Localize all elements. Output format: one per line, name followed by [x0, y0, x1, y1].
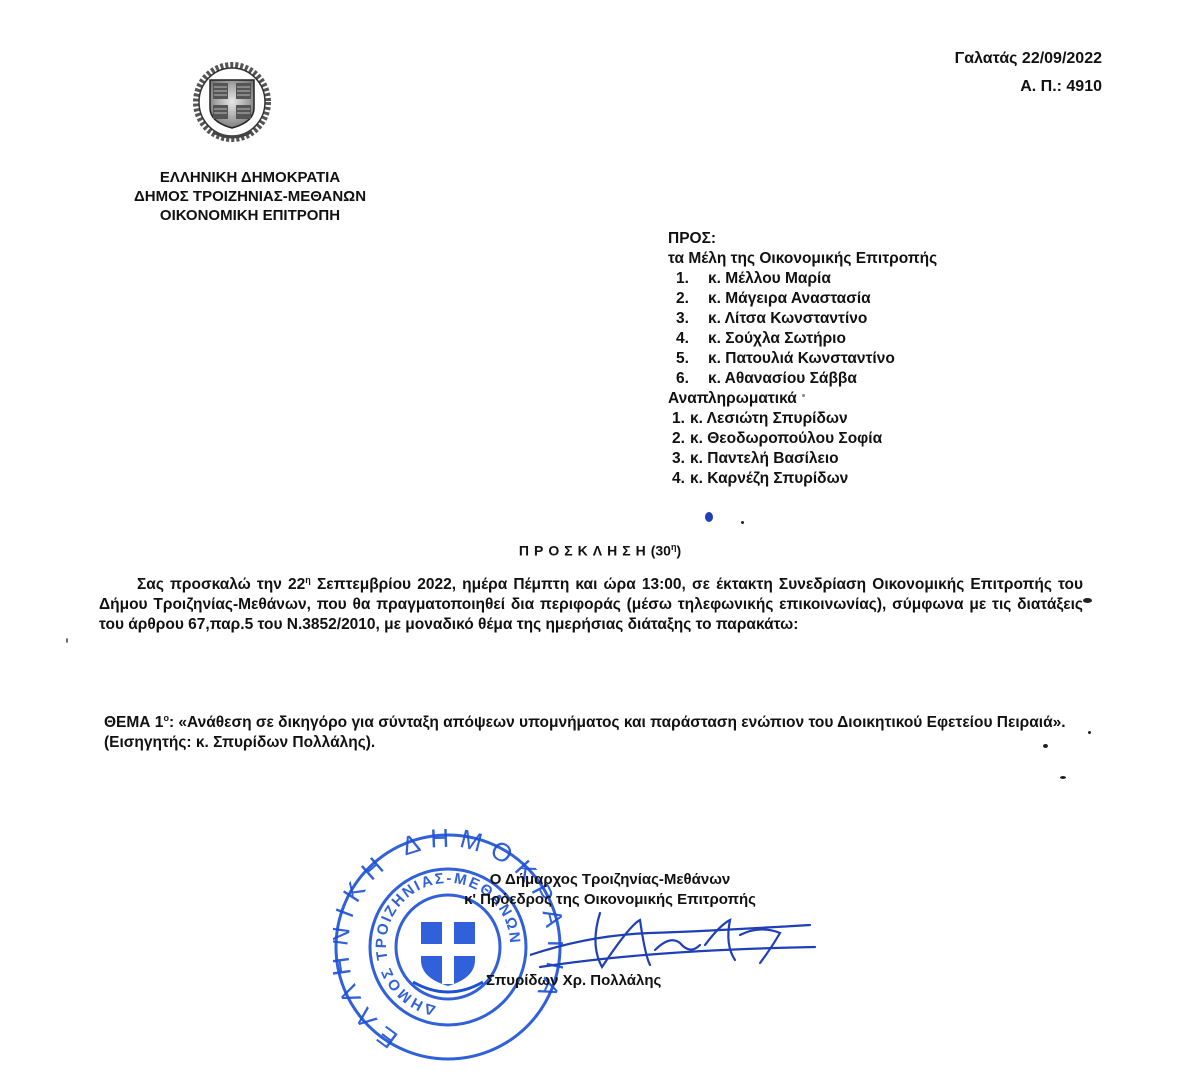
scan-speck — [705, 512, 713, 522]
organization-header: ΕΛΛΗΝΙΚΗ ΔΗΜΟΚΡΑΤΙΑ ΔΗΜΟΣ ΤΡΟΙΖΗΝΙΑΣ-ΜΕΘ… — [100, 168, 400, 225]
hellenic-republic-emblem-icon — [193, 62, 271, 142]
scan-speck — [802, 394, 805, 397]
official-stamp-icon: ΕΛΛΗΝΙΚΗ ΔΗΜΟΚΡΑΤΙΑ ΔΗΜΟΣ ΤΡΟΙΖΗΝΙΑΣ-ΜΕΘ… — [333, 822, 563, 1062]
signatory-role-committee: κ' Πρόεδρος της Οικονομικής Επιτροπής — [420, 890, 800, 910]
scan-speck — [1043, 744, 1048, 748]
signatory-name: Σπυρίδων Χρ. Πολλάλης — [486, 972, 661, 989]
signature-block: Ο Δήμαρχος Τροιζηνίας-Μεθάνων κ' Πρόεδρο… — [420, 870, 800, 910]
member-item: 6.κ. Αθανασίου Σάββα — [668, 369, 937, 389]
alternate-item: 1.κ. Λεσιώτη Σπυρίδων — [668, 409, 937, 429]
title-text: ΠΡΟΣΚΛΗΣΗ — [519, 543, 651, 559]
scan-speck — [1060, 776, 1066, 779]
member-item: 3.κ. Λίτσα Κωνσταντίνο — [668, 309, 937, 329]
org-line-country: ΕΛΛΗΝΙΚΗ ΔΗΜΟΚΡΑΤΙΑ — [100, 168, 400, 187]
place-date: Γαλατάς 22/09/2022 — [955, 45, 1102, 73]
invitation-body: Σας προσκαλώ την 22η Σεπτεμβρίου 2022, η… — [99, 570, 1083, 635]
scan-speck — [66, 638, 68, 643]
to-label: ΠΡΟΣ: — [668, 229, 937, 249]
protocol-number: Α. Π.: 4910 — [955, 73, 1102, 101]
org-line-municipality: ΔΗΜΟΣ ΤΡΟΙΖΗΝΙΑΣ-ΜΕΘΑΝΩΝ — [100, 187, 400, 206]
org-line-committee: ΟΙΚΟΝΟΜΙΚΗ ΕΠΙΤΡΟΠΗ — [100, 206, 400, 225]
member-item: 5.κ. Πατουλιά Κωνσταντίνο — [668, 349, 937, 369]
date-block: Γαλατάς 22/09/2022 Α. Π.: 4910 — [955, 45, 1102, 101]
agenda-topic: ΘΕΜΑ 1ο: «Ανάθεση σε δικηγόρο για σύνταξ… — [104, 708, 1084, 753]
topic-rapporteur: (Εισηγητής: κ. Σπυρίδων Πολλάλης). — [104, 733, 1084, 753]
topic-text: ΘΕΜΑ 1ο: «Ανάθεση σε δικηγόρο για σύνταξ… — [104, 708, 1084, 733]
member-item: 1.κ. Μέλλου Μαρία — [668, 269, 937, 289]
member-item: 4.κ. Σούχλα Σωτήριο — [668, 329, 937, 349]
scan-speck — [741, 521, 744, 524]
recipients-block: ΠΡΟΣ: τα Μέλη της Οικονομικής Επιτροπής … — [668, 229, 937, 489]
scan-speck — [1088, 731, 1091, 734]
alternates-heading: Αναπληρωματικά — [668, 389, 937, 409]
alternate-item: 3.κ. Παντελή Βασίλειο — [668, 449, 937, 469]
invitation-title: ΠΡΟΣΚΛΗΣΗ(30η) — [0, 542, 1200, 559]
alternate-item: 2.κ. Θεοδωροπούλου Σοφία — [668, 429, 937, 449]
member-item: 2.κ. Μάγειρα Αναστασία — [668, 289, 937, 309]
signatory-role: Ο Δήμαρχος Τροιζηνίας-Μεθάνων — [420, 870, 800, 890]
members-heading: τα Μέλη της Οικονομικής Επιτροπής — [668, 249, 937, 269]
alternate-item: 4.κ. Καρνέζη Σπυρίδων — [668, 469, 937, 489]
scan-speck — [1083, 598, 1092, 603]
